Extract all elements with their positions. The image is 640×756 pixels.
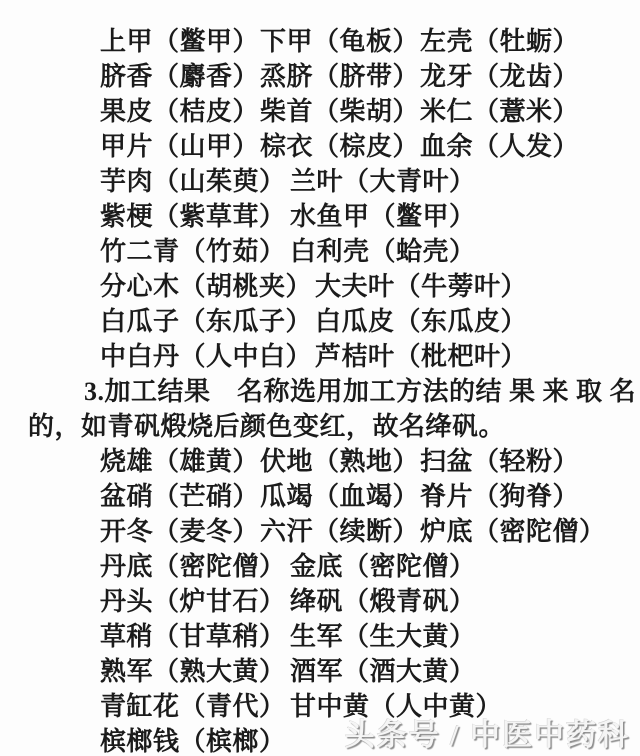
term-entry: 开冬（麦冬） — [100, 514, 260, 549]
term-entry: 大夫叶（牛蒡叶） — [315, 269, 527, 304]
term-entry: 中白丹（人中白） — [100, 339, 315, 374]
document-body: 上甲（鳖甲） 下甲（龟板） 左壳（牡蛎） 脐香（麝香） 烝脐（脐带） 龙牙（龙齿… — [0, 24, 640, 756]
term-entry: 白利壳（蛤壳） — [290, 234, 476, 269]
term-entry: 芋肉（山茱萸） — [100, 164, 290, 199]
entry-line: 熟军（熟大黄） 酒军（酒大黄） — [0, 654, 640, 689]
term-entry: 白瓜皮（东瓜皮） — [315, 304, 527, 339]
term-entry: 兰叶（大青叶） — [290, 164, 476, 199]
term-entry: 酒军（酒大黄） — [290, 654, 476, 689]
term-entry: 六汗（续断） — [260, 514, 420, 549]
term-entry: 水鱼甲（鳖甲） — [290, 199, 476, 234]
term-entry: 芦桔叶（枇杷叶） — [315, 339, 527, 374]
book-page-scan: 上甲（鳖甲） 下甲（龟板） 左壳（牡蛎） 脐香（麝香） 烝脐（脐带） 龙牙（龙齿… — [0, 0, 640, 756]
term-entry: 左壳（牡蛎） — [420, 24, 579, 59]
entry-line: 开冬（麦冬） 六汗（续断） 炉底（密陀僧） — [0, 514, 640, 549]
term-entry: 脊片（狗脊） — [420, 479, 579, 514]
term-entry: 草稍（甘草稍） — [100, 619, 290, 654]
term-entry: 上甲（鳖甲） — [100, 24, 260, 59]
entry-line: 甲片（山甲） 棕衣（棕皮） 血余（人发） — [0, 129, 640, 164]
term-entry: 熟军（熟大黄） — [100, 654, 290, 689]
entry-line: 芋肉（山茱萸） 兰叶（大青叶） — [0, 164, 640, 199]
term-entry: 竹二青（竹茹） — [100, 234, 290, 269]
term-entry: 炉底（密陀僧） — [420, 514, 606, 549]
entry-line: 草稍（甘草稍） 生军（生大黄） — [0, 619, 640, 654]
term-entry: 烧雄（雄黄） — [100, 444, 260, 479]
term-entry: 扫盆（轻粉） — [420, 444, 579, 479]
entry-line: 丹底（密陀僧） 金底（密陀僧） — [0, 549, 640, 584]
term-entry: 伏地（熟地） — [260, 444, 420, 479]
term-entry: 下甲（龟板） — [260, 24, 420, 59]
term-entry: 紫梗（紫草茸） — [100, 199, 290, 234]
term-entry: 生军（生大黄） — [290, 619, 476, 654]
term-entry: 棕衣（棕皮） — [260, 129, 420, 164]
entry-line: 果皮（桔皮） 柴首（柴胡） 米仁（薏米） — [0, 94, 640, 129]
term-entry: 丹头（炉甘石） — [100, 584, 290, 619]
term-entry: 龙牙（龙齿） — [420, 59, 579, 94]
term-entry: 血余（人发） — [420, 129, 579, 164]
term-entry: 甲片（山甲） — [100, 129, 260, 164]
entry-line: 中白丹（人中白） 芦桔叶（枇杷叶） — [0, 339, 640, 374]
term-entry: 米仁（薏米） — [420, 94, 579, 129]
term-entry: 柴首（柴胡） — [260, 94, 420, 129]
term-entry: 盆硝（芒硝） — [100, 479, 260, 514]
entry-line: 白瓜子（东瓜子） 白瓜皮（东瓜皮） — [0, 304, 640, 339]
paragraph-line-1: 3.加工结果 名称选用加工方法的结 果 来 取 名 — [0, 374, 640, 409]
paragraph-line-2: 的，如青矾煅烧后颜色变红，故名绛矾。 — [0, 409, 640, 444]
term-entry: 绛矾（煅青矾） — [290, 584, 476, 619]
term-entry: 白瓜子（东瓜子） — [100, 304, 315, 339]
entry-line: 竹二青（竹茹） 白利壳（蛤壳） — [0, 234, 640, 269]
entry-line: 烧雄（雄黄） 伏地（熟地） 扫盆（轻粉） — [0, 444, 640, 479]
term-entry: 脐香（麝香） — [100, 59, 260, 94]
term-entry: 金底（密陀僧） — [290, 549, 476, 584]
term-entry: 烝脐（脐带） — [260, 59, 420, 94]
term-entry: 瓜竭（血竭） — [260, 479, 420, 514]
entry-line: 上甲（鳖甲） 下甲（龟板） 左壳（牡蛎） — [0, 24, 640, 59]
term-entry: 分心木（胡桃夹） — [100, 269, 315, 304]
term-entry: 果皮（桔皮） — [100, 94, 260, 129]
entry-line: 盆硝（芒硝） 瓜竭（血竭） 脊片（狗脊） — [0, 479, 640, 514]
entry-line: 脐香（麝香） 烝脐（脐带） 龙牙（龙齿） — [0, 59, 640, 94]
term-entry: 槟榔钱（槟榔） — [100, 724, 290, 756]
term-entry: 丹底（密陀僧） — [100, 549, 290, 584]
entry-line: 紫梗（紫草茸） 水鱼甲（鳖甲） — [0, 199, 640, 234]
toutiao-watermark: 头条号 / 中医中药科 — [345, 710, 630, 754]
term-entry: 青缸花（青代） — [100, 689, 290, 724]
entry-line: 分心木（胡桃夹） 大夫叶（牛蒡叶） — [0, 269, 640, 304]
entry-line: 丹头（炉甘石） 绛矾（煅青矾） — [0, 584, 640, 619]
